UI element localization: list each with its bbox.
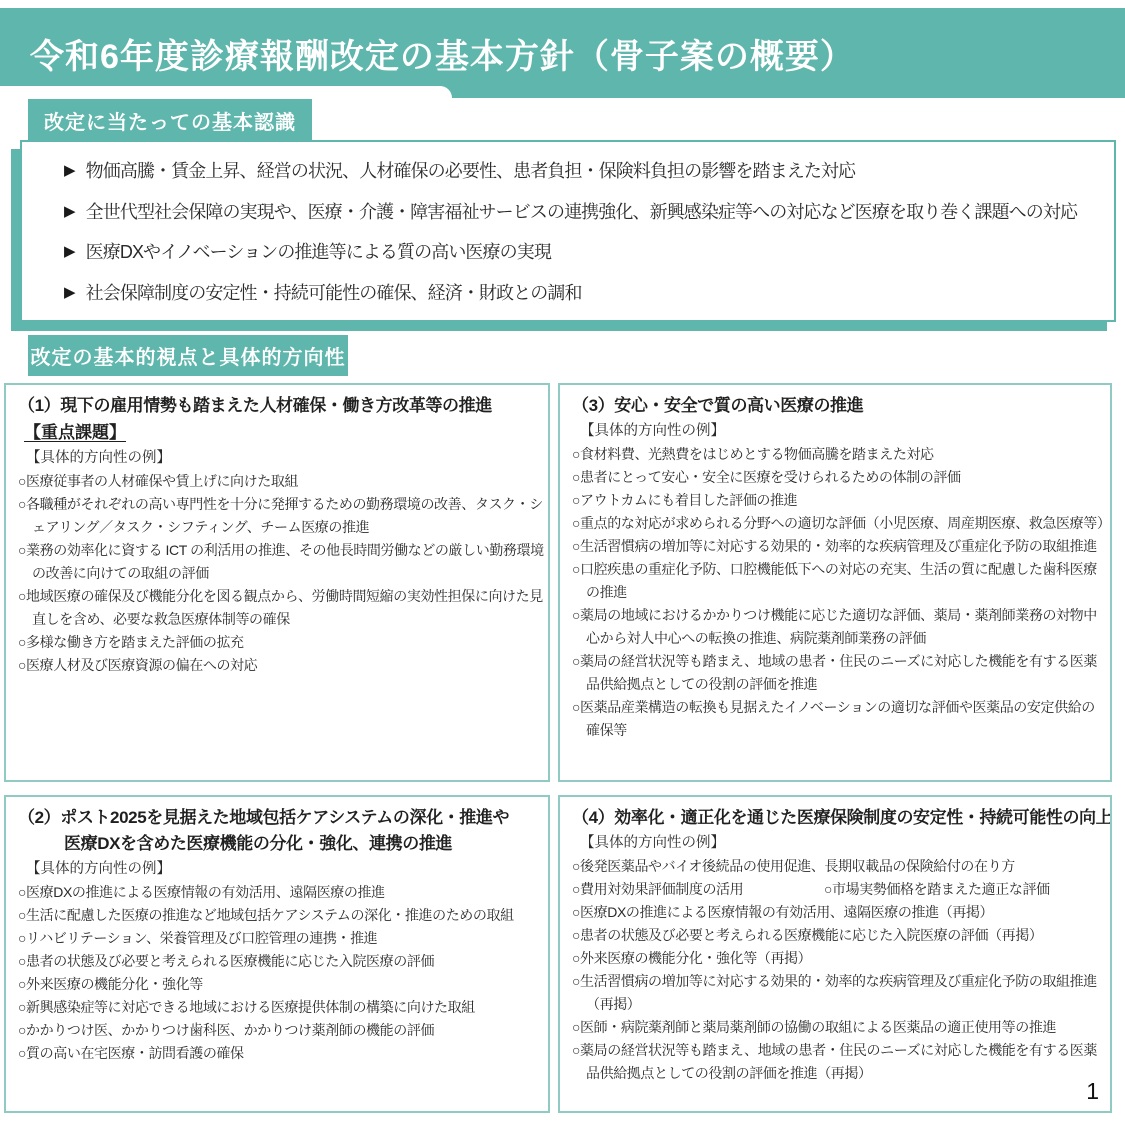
slide-page: 令和6年度診療報酬改定の基本方針（骨子案の概要） 改定に当たっての基本認識 ▶物… <box>0 0 1125 1125</box>
viewpoint-box-1: （1）現下の雇用情勢も踏まえた人材確保・働き方改革等の推進【重点課題】【具体的方… <box>4 383 550 782</box>
policy-item-list: ○医療DXの推進による医療情報の有効活用、遠隔医療の推進○生活に配慮した医療の推… <box>18 881 544 1065</box>
basic-recognition-item: ▶社会保障制度の安定性・持続可能性の確保、経済・財政との調和 <box>64 279 1114 305</box>
priority-issue-label: 【重点課題】 <box>24 419 544 446</box>
policy-item: ○地域医療の確保及び機能分化を図る観点から、労働時間短縮の実効性担保に向けた見直… <box>18 585 544 631</box>
triangle-bullet-icon: ▶ <box>64 161 75 179</box>
policy-item: ○アウトカムにも着目した評価の推進 <box>572 489 1106 512</box>
policy-item-left: ○費用対効果評価制度の活用 <box>572 878 824 901</box>
triangle-bullet-icon: ▶ <box>64 283 75 301</box>
triangle-bullet-icon: ▶ <box>64 202 75 220</box>
basic-recognition-item: ▶医療DXやイノベーションの推進等による質の高い医療の実現 <box>64 238 1114 264</box>
viewpoint-box-title: （4）効率化・適正化を通じた医療保険制度の安定性・持続可能性の向上 <box>572 805 1106 831</box>
policy-item: ○外来医療の機能分化・強化等 <box>18 973 544 996</box>
basic-recognition-box: ▶物価高騰・賃金上昇、経営の状況、人材確保の必要性、患者負担・保険料負担の影響を… <box>20 140 1116 322</box>
policy-item: ○後発医薬品やバイオ後続品の使用促進、長期収載品の保険給付の在り方 <box>572 855 1106 878</box>
basic-recognition-item: ▶全世代型社会保障の実現や、医療・介護・障害福祉サービスの連携強化、新興感染症等… <box>64 198 1114 224</box>
policy-item-pair: ○費用対効果評価制度の活用○市場実勢価格を踏まえた適正な評価 <box>572 878 1106 901</box>
policy-item: ○医薬品産業構造の転換も見据えたイノベーションの適切な評価や医薬品の安定供給の確… <box>572 696 1106 742</box>
page-number: 1 <box>1086 1078 1099 1105</box>
policy-item: ○重点的な対応が求められる分野への適切な評価（小児医療、周産期医療、救急医療等） <box>572 512 1106 535</box>
policy-item: ○患者の状態及び必要と考えられる医療機能に応じた入院医療の評価（再掲） <box>572 924 1106 947</box>
policy-item-right: ○市場実勢価格を踏まえた適正な評価 <box>824 878 1050 901</box>
policy-item: ○多様な働き方を踏まえた評価の拡充 <box>18 631 544 654</box>
policy-item-list: ○食材料費、光熱費をはじめとする物価高騰を踏まえた対応○患者にとって安心・安全に… <box>572 443 1106 742</box>
policy-item: ○医療従事者の人材確保や賃上げに向けた取組 <box>18 470 544 493</box>
policy-item: ○薬局の経営状況等も踏まえ、地域の患者・住民のニーズに対応した機能を有する医薬品… <box>572 650 1106 696</box>
viewpoint-grid: （1）現下の雇用情勢も踏まえた人材確保・働き方改革等の推進【重点課題】【具体的方… <box>4 383 1112 1113</box>
viewpoint-box-title-line2: 医療DXを含めた医療機能の分化・強化、連携の推進 <box>64 831 544 857</box>
policy-item: ○外来医療の機能分化・強化等（再掲） <box>572 947 1106 970</box>
policy-item: ○薬局の経営状況等も踏まえ、地域の患者・住民のニーズに対応した機能を有する医薬品… <box>572 1039 1106 1085</box>
policy-item: ○質の高い在宅医療・訪問看護の確保 <box>18 1042 544 1065</box>
viewpoint-box-title: （2）ポスト2025を見据えた地域包括ケアシステムの深化・推進や <box>18 805 544 831</box>
viewpoint-box-4: （4）効率化・適正化を通じた医療保険制度の安定性・持続可能性の向上【具体的方向性… <box>558 795 1112 1113</box>
policy-item: ○生活習慣病の増加等に対応する効果的・効率的な疾病管理及び重症化予防の取組推進 <box>572 535 1106 558</box>
policy-item: ○リハビリテーション、栄養管理及び口腔管理の連携・推進 <box>18 927 544 950</box>
viewpoint-box-title: （3）安心・安全で質の高い医療の推進 <box>572 393 1106 419</box>
viewpoint-box-3: （3）安心・安全で質の高い医療の推進【具体的方向性の例】○食材料費、光熱費をはじ… <box>558 383 1112 782</box>
basic-recognition-item: ▶物価高騰・賃金上昇、経営の状況、人材確保の必要性、患者負担・保険料負担の影響を… <box>64 157 1114 183</box>
section-label-viewpoints: 改定の基本的視点と具体的方向性 <box>28 335 348 376</box>
basic-recognition-list: ▶物価高騰・賃金上昇、経営の状況、人材確保の必要性、患者負担・保険料負担の影響を… <box>22 142 1114 320</box>
policy-item: ○口腔疾患の重症化予防、口腔機能低下への対応の充実、生活の質に配慮した歯科医療の… <box>572 558 1106 604</box>
section-label-basic-recognition: 改定に当たっての基本認識 <box>28 99 312 142</box>
triangle-bullet-icon: ▶ <box>64 242 75 260</box>
policy-item: ○各職種がそれぞれの高い専門性を十分に発揮するための勤務環境の改善、タスク・シェ… <box>18 493 544 539</box>
basic-recognition-text: 全世代型社会保障の実現や、医療・介護・障害福祉サービスの連携強化、新興感染症等へ… <box>86 198 1077 224</box>
policy-item: ○医師・病院薬剤師と薬局薬剤師の協働の取組による医薬品の適正使用等の推進 <box>572 1016 1106 1039</box>
policy-item: ○薬局の地域におけるかかりつけ機能に応じた適切な評価、薬局・薬剤師業務の対物中心… <box>572 604 1106 650</box>
page-title: 令和6年度診療報酬改定の基本方針（骨子案の概要） <box>0 29 855 78</box>
example-direction-label: 【具体的方向性の例】 <box>26 446 544 470</box>
title-banner: 令和6年度診療報酬改定の基本方針（骨子案の概要） <box>0 8 1125 98</box>
example-direction-label: 【具体的方向性の例】 <box>580 419 1106 443</box>
policy-item: ○生活に配慮した医療の推進など地域包括ケアシステムの深化・推進のための取組 <box>18 904 544 927</box>
policy-item: ○患者の状態及び必要と考えられる医療機能に応じた入院医療の評価 <box>18 950 544 973</box>
policy-item: ○食材料費、光熱費をはじめとする物価高騰を踏まえた対応 <box>572 443 1106 466</box>
policy-item: ○医療DXの推進による医療情報の有効活用、遠隔医療の推進 <box>18 881 544 904</box>
basic-recognition-text: 社会保障制度の安定性・持続可能性の確保、経済・財政との調和 <box>86 279 582 305</box>
viewpoint-box-title: （1）現下の雇用情勢も踏まえた人材確保・働き方改革等の推進 <box>18 393 544 419</box>
policy-item: ○医療人材及び医療資源の偏在への対応 <box>18 654 544 677</box>
policy-item-list: ○後発医薬品やバイオ後続品の使用促進、長期収載品の保険給付の在り方○費用対効果評… <box>572 855 1106 1085</box>
basic-recognition-text: 物価高騰・賃金上昇、経営の状況、人材確保の必要性、患者負担・保険料負担の影響を踏… <box>86 157 856 183</box>
viewpoint-box-2: （2）ポスト2025を見据えた地域包括ケアシステムの深化・推進や医療DXを含めた… <box>4 795 550 1113</box>
basic-recognition-text: 医療DXやイノベーションの推進等による質の高い医療の実現 <box>86 238 551 264</box>
banner-notch <box>0 86 452 99</box>
example-direction-label: 【具体的方向性の例】 <box>26 857 544 881</box>
policy-item: ○患者にとって安心・安全に医療を受けられるための体制の評価 <box>572 466 1106 489</box>
policy-item: ○新興感染症等に対応できる地域における医療提供体制の構築に向けた取組 <box>18 996 544 1019</box>
policy-item: ○業務の効率化に資する ICT の利活用の推進、その他長時間労働などの厳しい勤務… <box>18 539 544 585</box>
policy-item-list: ○医療従事者の人材確保や賃上げに向けた取組○各職種がそれぞれの高い専門性を十分に… <box>18 470 544 677</box>
example-direction-label: 【具体的方向性の例】 <box>580 831 1106 855</box>
policy-item: ○医療DXの推進による医療情報の有効活用、遠隔医療の推進（再掲） <box>572 901 1106 924</box>
policy-item: ○かかりつけ医、かかりつけ歯科医、かかりつけ薬剤師の機能の評価 <box>18 1019 544 1042</box>
policy-item: ○生活習慣病の増加等に対応する効果的・効率的な疾病管理及び重症化予防の取組推進（… <box>572 970 1106 1016</box>
